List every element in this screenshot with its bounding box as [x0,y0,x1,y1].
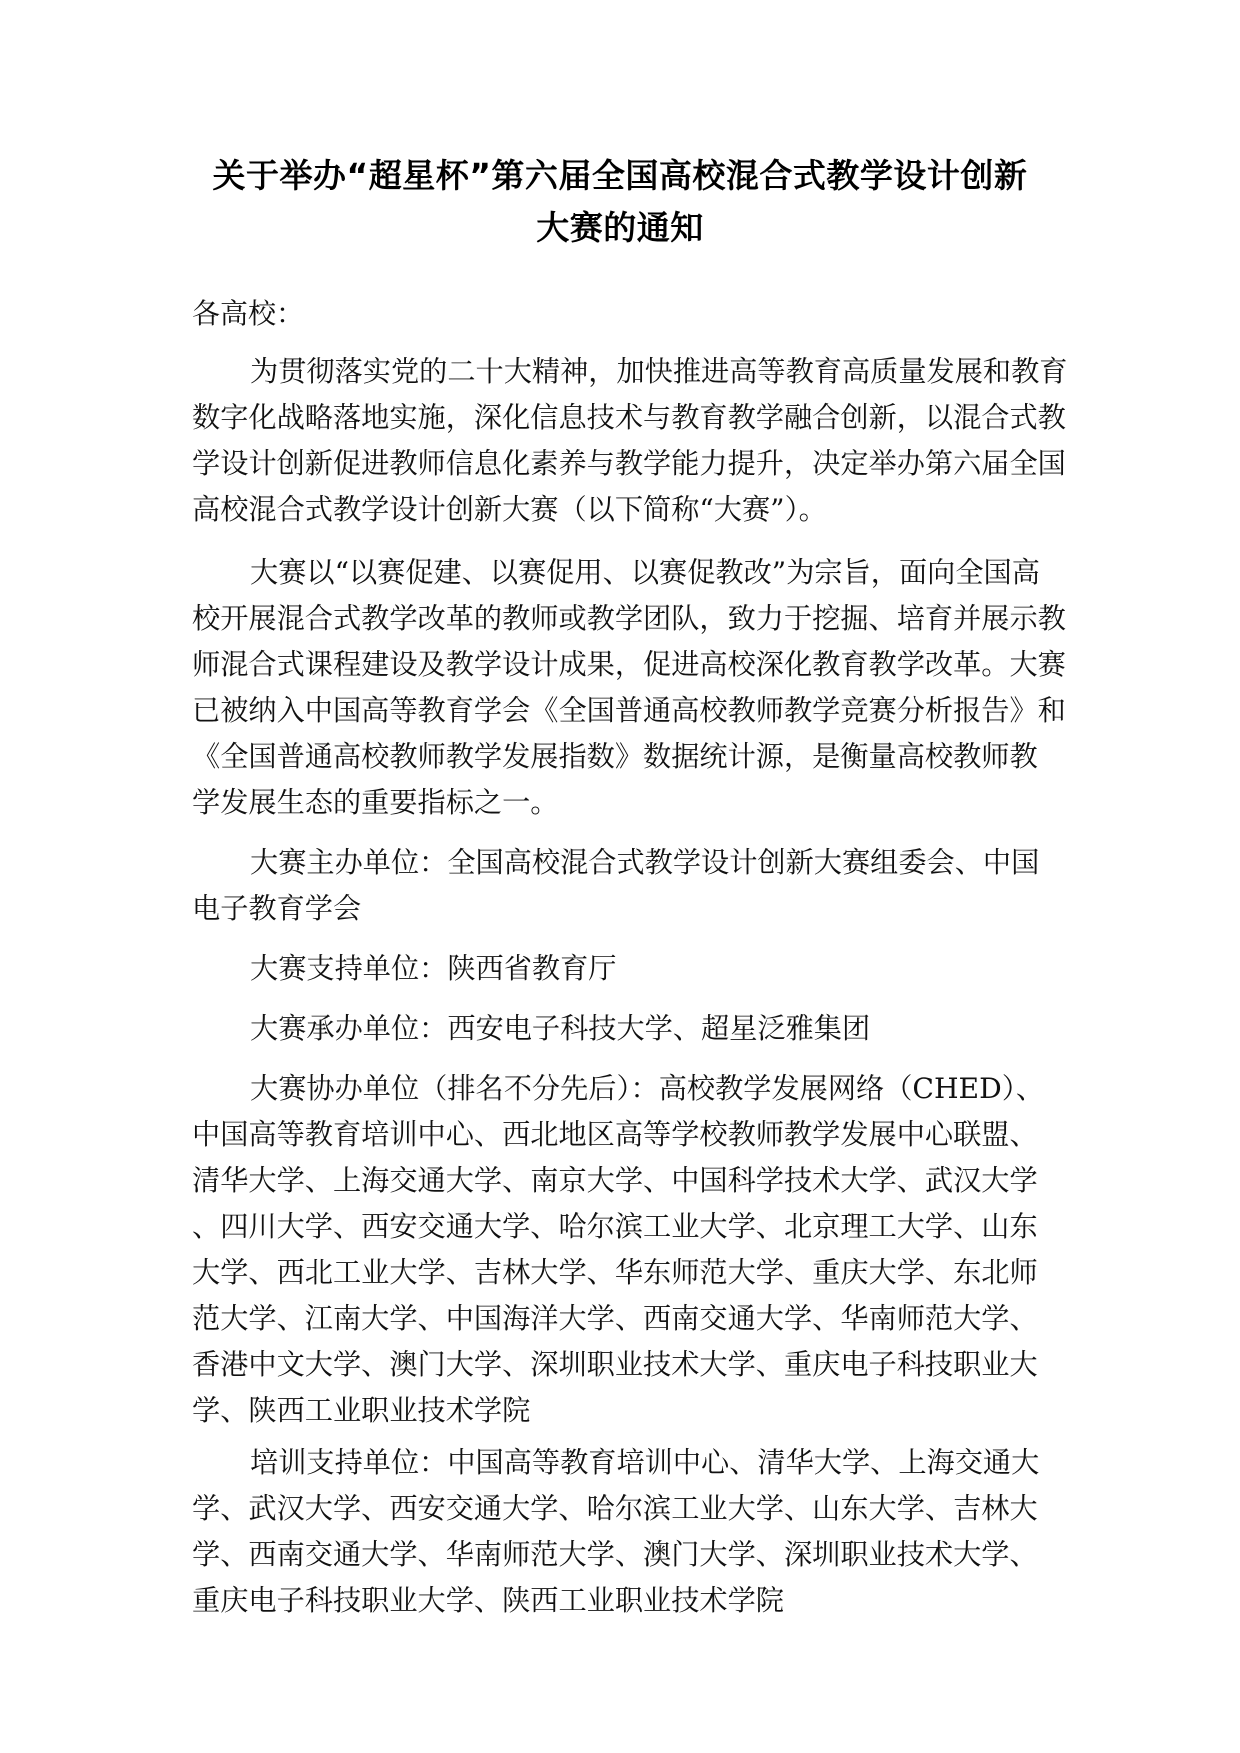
paragraph-purpose: 大赛以“以赛促建、以赛促用、以赛促教改”为宗旨，面向全国高 校开展混合式教学改革… [192,550,1062,826]
paragraph-line: 培训支持单位：中国高等教育培训中心、清华大学、上海交通大 [192,1440,1062,1486]
paragraph-line: 清华大学、上海交通大学、南京大学、中国科学技术大学、武汉大学 [192,1158,1062,1204]
paragraph-line: 学设计创新促进教师信息化素养与教学能力提升，决定举办第六届全国 [192,441,1062,487]
paragraph-line: 大赛协办单位（排名不分先后）：高校教学发展网络（CHED）、 [192,1066,1062,1112]
paragraph-line: 大赛承办单位：西安电子科技大学、超星泛雅集团 [192,1006,1062,1052]
title-line-1: 关于举办“超星杯”第六届全国高校混合式教学设计创新 [150,150,1090,202]
paragraph-line: 大赛主办单位：全国高校混合式教学设计创新大赛组委会、中国 [192,840,1062,886]
paragraph-line: 大赛支持单位：陕西省教育厅 [192,946,1062,992]
paragraph-line: 校开展混合式教学改革的教师或教学团队，致力于挖掘、培育并展示教 [192,596,1062,642]
paragraph-line: 重庆电子科技职业大学、陕西工业职业技术学院 [192,1578,1062,1624]
paragraph-supporter: 大赛支持单位：陕西省教育厅 [192,946,1062,992]
paragraph-intro: 为贯彻落实党的二十大精神，加快推进高等教育高质量发展和教育 数字化战略落地实施，… [192,349,1062,533]
paragraph-line: 数字化战略落地实施，深化信息技术与教育教学融合创新，以混合式教 [192,395,1062,441]
paragraph-line: 学、武汉大学、西安交通大学、哈尔滨工业大学、山东大学、吉林大 [192,1486,1062,1532]
paragraph-line: 、四川大学、西安交通大学、哈尔滨工业大学、北京理工大学、山东 [192,1204,1062,1250]
paragraph-line: 师混合式课程建设及教学设计成果，促进高校深化教育教学改革。大赛 [192,642,1062,688]
paragraph-line: 学发展生态的重要指标之一。 [192,780,1062,826]
paragraph-line: 香港中文大学、澳门大学、深圳职业技术大学、重庆电子科技职业大 [192,1342,1062,1388]
paragraph-line: 范大学、江南大学、中国海洋大学、西南交通大学、华南师范大学、 [192,1296,1062,1342]
paragraph-line: 中国高等教育培训中心、西北地区高等学校教师教学发展中心联盟、 [192,1112,1062,1158]
paragraph-line: 为贯彻落实党的二十大精神，加快推进高等教育高质量发展和教育 [192,349,1062,395]
paragraph-line: 《全国普通高校教师教学发展指数》数据统计源，是衡量高校教师教 [192,734,1062,780]
paragraph-line: 高校混合式教学设计创新大赛（以下简称“大赛”）。 [192,487,1062,533]
paragraph-co-organizers: 大赛协办单位（排名不分先后）：高校教学发展网络（CHED）、 中国高等教育培训中… [192,1066,1062,1434]
document-title: 关于举办“超星杯”第六届全国高校混合式教学设计创新 大赛的通知 [150,150,1090,254]
paragraph-line: 电子教育学会 [192,886,1062,932]
title-line-2: 大赛的通知 [150,202,1090,254]
paragraph-line: 学、西南交通大学、华南师范大学、澳门大学、深圳职业技术大学、 [192,1532,1062,1578]
paragraph-line: 学、陕西工业职业技术学院 [192,1388,1062,1434]
paragraph-host: 大赛承办单位：西安电子科技大学、超星泛雅集团 [192,1006,1062,1052]
paragraph-organizer: 大赛主办单位：全国高校混合式教学设计创新大赛组委会、中国 电子教育学会 [192,840,1062,932]
paragraph-line: 大学、西北工业大学、吉林大学、华东师范大学、重庆大学、东北师 [192,1250,1062,1296]
paragraph-training-support: 培训支持单位：中国高等教育培训中心、清华大学、上海交通大 学、武汉大学、西安交通… [192,1440,1062,1624]
paragraph-line: 大赛以“以赛促建、以赛促用、以赛促教改”为宗旨，面向全国高 [192,550,1062,596]
salutation: 各高校： [192,294,304,334]
paragraph-line: 已被纳入中国高等教育学会《全国普通高校教师教学竞赛分析报告》和 [192,688,1062,734]
document-page: 关于举办“超星杯”第六届全国高校混合式教学设计创新 大赛的通知 各高校： 为贯彻… [0,0,1240,1753]
